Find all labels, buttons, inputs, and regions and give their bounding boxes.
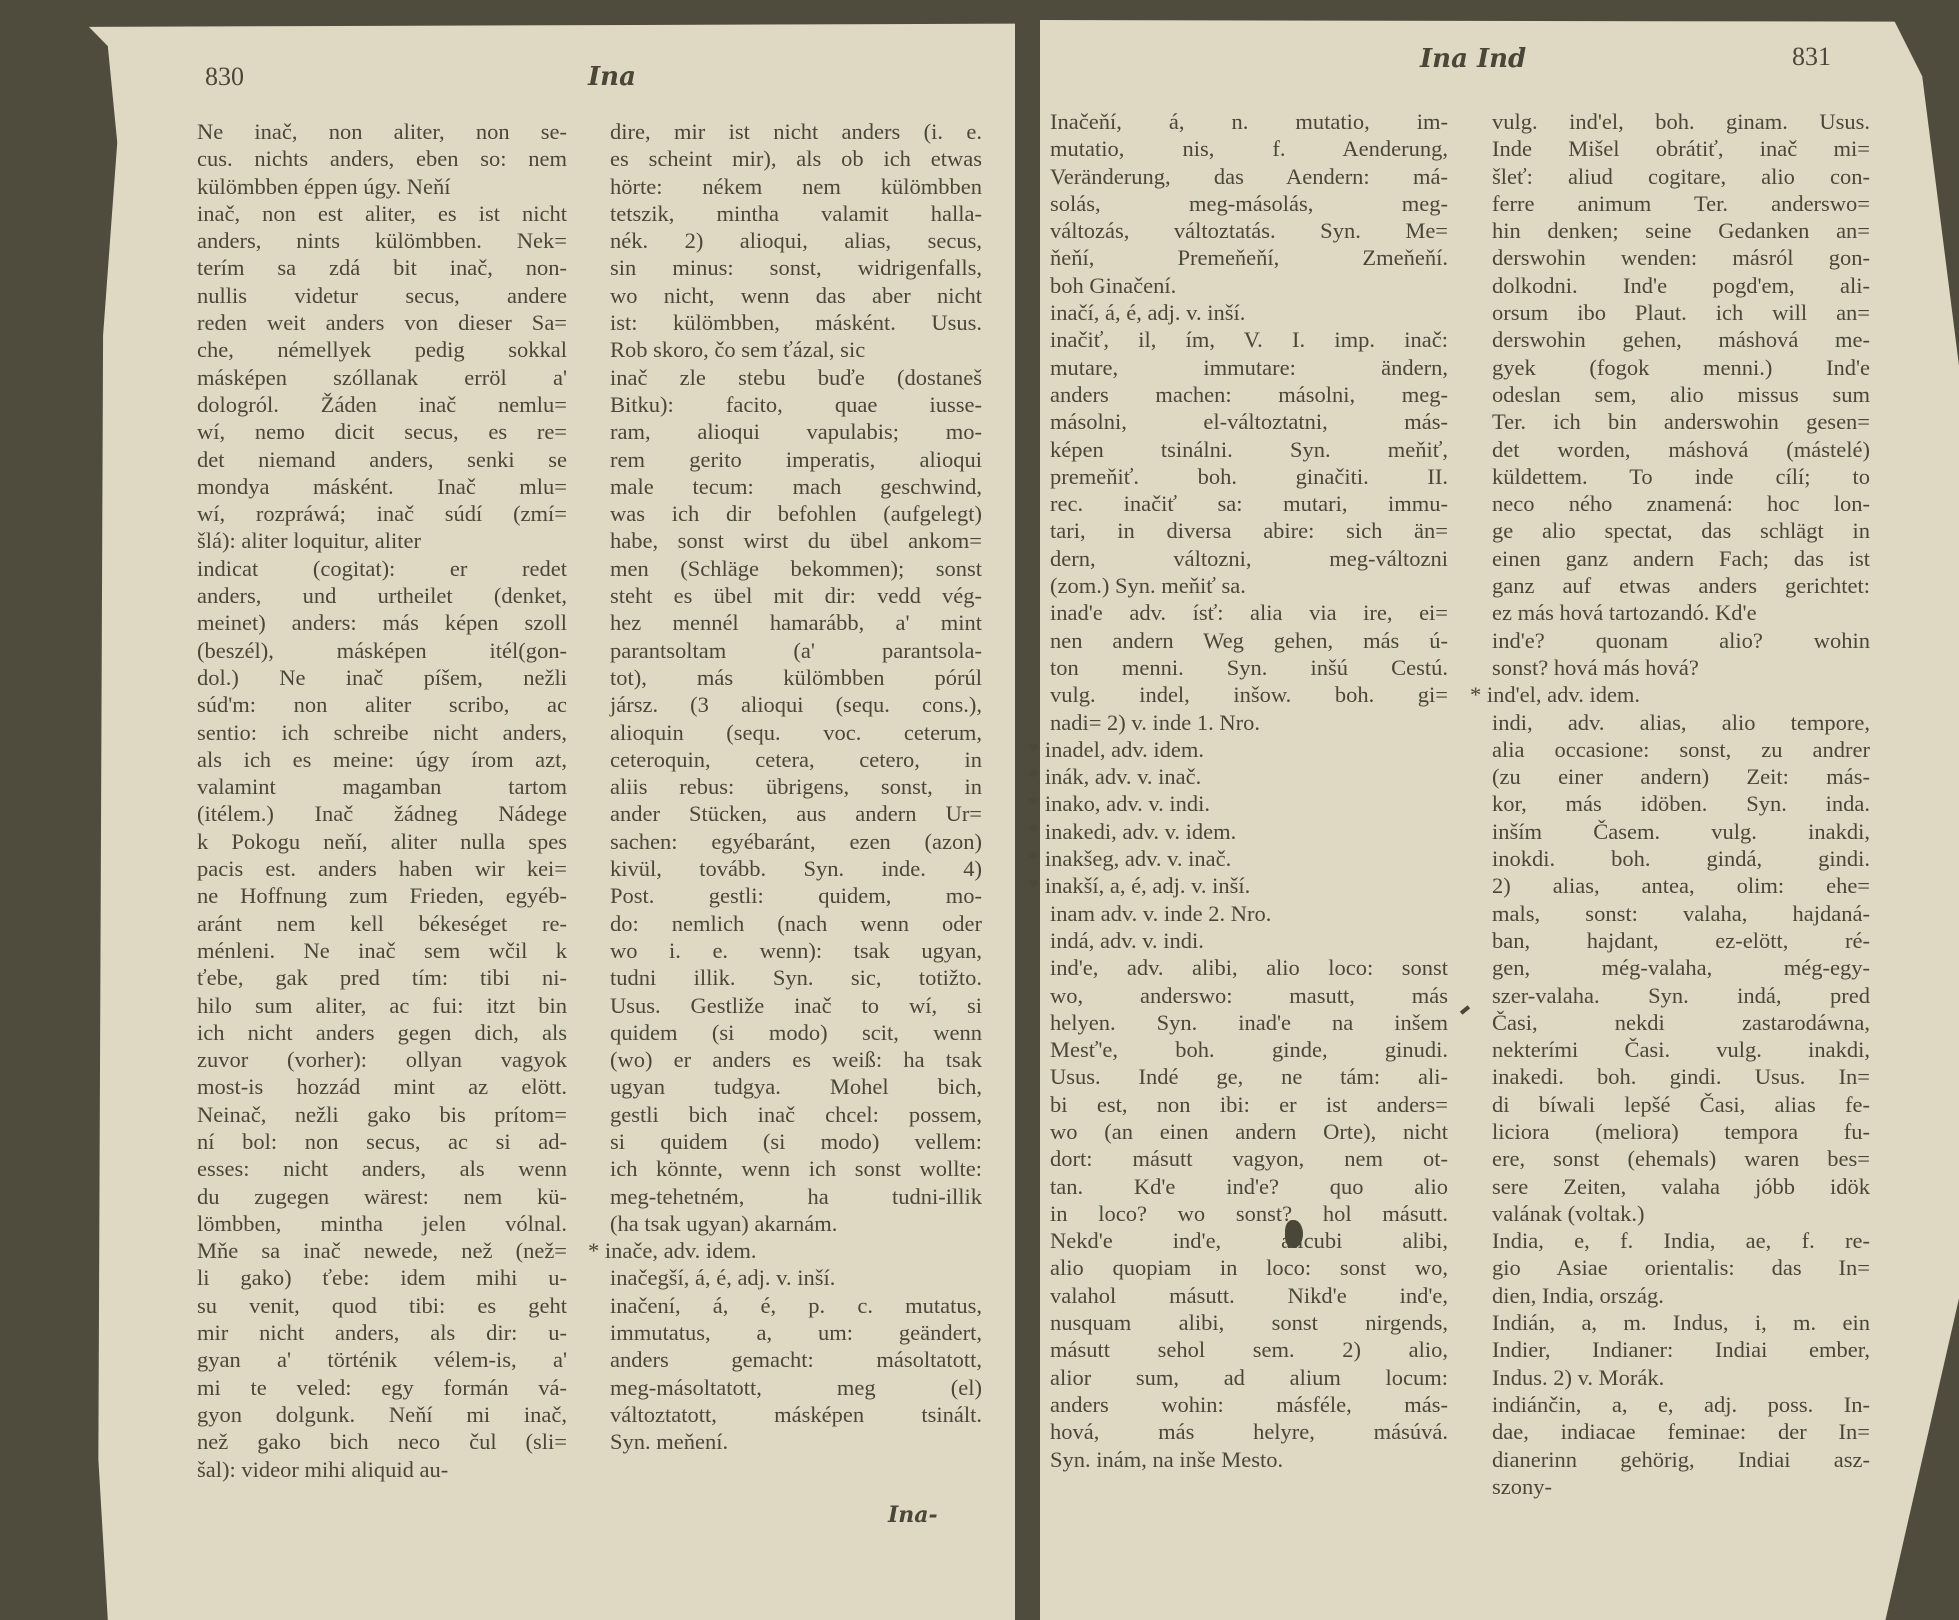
text-line: dae, indiacae feminae: der In=: [1492, 1418, 1870, 1445]
text-line: ind'e, adv. alibi, alio loco: sonst: [1050, 954, 1448, 981]
text-line: valahol másutt. Nikd'e ind'e,: [1050, 1282, 1448, 1309]
text-line: inším Časem. vulg. inakdi,: [1492, 818, 1870, 845]
text-line: sin minus: sonst, widrigenfalls,: [610, 254, 982, 281]
text-line: boh Ginačení.: [1050, 272, 1448, 299]
text-line: rem gerito imperatis, alioqui: [610, 446, 982, 473]
text-line: (ha tsak ugyan) akarnám.: [610, 1210, 982, 1237]
text-line: mondya másként. Inač mlu=: [197, 473, 567, 500]
text-line: šlá): aliter loquitur, aliter: [197, 527, 567, 554]
text-line: immutatus, a, um: geändert,: [610, 1319, 982, 1346]
text-line: sonst? hová más hová?: [1492, 654, 1870, 681]
text-line: ban, hajdant, ez-elött, ré-: [1492, 927, 1870, 954]
text-line: valamint magamban tartom: [197, 773, 567, 800]
text-line: változtatott, másképen tsinált.: [610, 1401, 982, 1428]
text-line: ton menni. Syn. inšú Cestú.: [1050, 654, 1448, 681]
text-line: dire, mir ist nicht anders (i. e.: [610, 118, 982, 145]
text-line: most-is hozzád mint az elött.: [197, 1073, 567, 1100]
text-line: inam adv. v. inde 2. Nro.: [1050, 900, 1448, 927]
text-line: Usus. Gestliže inač to wí, si: [610, 992, 982, 1019]
text-line: inad'e adv. ísť: alia via ire, ei=: [1050, 599, 1448, 626]
text-line: lömbben, mintha jelen vólnal.: [197, 1210, 567, 1237]
text-line: (itélem.) Inač žádneg Nádege: [197, 800, 567, 827]
text-line: mi te veled: egy formán vá-: [197, 1374, 567, 1401]
text-line: (beszél), másképen itél(gon-: [197, 637, 567, 664]
text-line: reden weit anders von dieser Sa=: [197, 309, 567, 336]
text-line: indi, adv. alias, alio tempore,: [1492, 709, 1870, 736]
page-number-left: 830: [205, 62, 244, 92]
text-line: Indus. 2) v. Morák.: [1492, 1364, 1870, 1391]
text-line: odeslan sem, alio missus sum: [1492, 381, 1870, 408]
text-line: hörte: nékem nem külömbben: [610, 173, 982, 200]
text-line: wo, anderswo: masutt, más: [1050, 982, 1448, 1009]
text-line: meg-másoltatott, meg (el): [610, 1374, 982, 1401]
text-line: ní bol: non secus, ac si ad-: [197, 1128, 567, 1155]
text-line: dern, változni, meg-változni: [1050, 545, 1448, 572]
text-line: nadi= 2) v. inde 1. Nro.: [1050, 709, 1448, 736]
text-line: es scheint mir), als ob ich etwas: [610, 145, 982, 172]
text-line: Mňe sa inač newede, než (než=: [197, 1237, 567, 1264]
text-line: anders machen: másolni, meg-: [1050, 381, 1448, 408]
text-line: inačegší, á, é, adj. v. inší.: [610, 1264, 982, 1291]
text-line: Rob skoro, čo sem ťázal, sic: [610, 336, 982, 363]
text-line: ňeňí, Premeňeňí, Zmeňeňí.: [1050, 244, 1448, 271]
text-line: (zom.) Syn. meňiť sa.: [1050, 572, 1448, 599]
text-line: gyek (fogok menni.) Ind'e: [1492, 354, 1870, 381]
text-line: wo (an einen andern Orte), nicht: [1050, 1118, 1448, 1145]
text-line: ge alio spectat, das schlägt in: [1492, 517, 1870, 544]
text-line: Nekd'e ind'e, alicubi alibi,: [1050, 1227, 1448, 1254]
text-line: inačení, á, é, p. c. mutatus,: [610, 1292, 982, 1319]
text-line: külömbben éppen úgy. Neňí: [197, 173, 567, 200]
text-line: tari, in diversa abire: sich än=: [1050, 517, 1448, 544]
text-line: Indier, Indianer: Indiai ember,: [1492, 1336, 1870, 1363]
text-line: ferre animum Ter. anderswo=: [1492, 190, 1870, 217]
text-line: dol.) Ne inač píšem, nežli: [197, 664, 567, 691]
text-line: meg-tehetném, ha tudni-illik: [610, 1183, 982, 1210]
text-line: * inakedi, adv. v. idem.: [1028, 818, 1448, 845]
text-line: * inako, adv. v. indi.: [1028, 790, 1448, 817]
text-line: másképen szóllanak erröl a': [197, 364, 567, 391]
text-line: * ind'el, adv. idem.: [1470, 681, 1870, 708]
text-line: dolkodni. Ind'e pogd'em, ali-: [1492, 272, 1870, 299]
text-line: inačiť, il, ím, V. I. imp. inač:: [1050, 326, 1448, 353]
text-line: gio Asiae orientalis: das In=: [1492, 1254, 1870, 1281]
text-line: 2) alias, antea, olim: ehe=: [1492, 872, 1870, 899]
text-line: gyan a' történik vélem-is, a': [197, 1346, 567, 1373]
text-line: ram, alioqui vapulabis; mo-: [610, 418, 982, 445]
text-line: ind'e? quonam alio? wohin: [1492, 627, 1870, 654]
text-line: do: nemlich (nach wenn oder: [610, 910, 982, 937]
text-line: mutatio, nis, f. Aenderung,: [1050, 135, 1448, 162]
text-line: anders, nints külömbben. Nek=: [197, 227, 567, 254]
text-line: inač zle stebu buďe (dostaneš: [610, 364, 982, 391]
text-line: * inakšeg, adv. v. inač.: [1028, 845, 1448, 872]
text-line: inokdi. boh. gindá, gindi.: [1492, 845, 1870, 872]
text-line: dort: másutt vagyon, nem ot-: [1050, 1145, 1448, 1172]
text-line: hin denken; seine Gedanken an=: [1492, 217, 1870, 244]
text-line: du zugegen wärest: nem kü-: [197, 1183, 567, 1210]
text-line: kivül, tovább. Syn. inde. 4): [610, 855, 982, 882]
text-line: kor, más idöben. Syn. inda.: [1492, 790, 1870, 817]
text-line: meinet) anders: más képen szoll: [197, 609, 567, 636]
text-line: mir nicht anders, als dir: u-: [197, 1319, 567, 1346]
text-line: * inadel, adv. idem.: [1028, 736, 1448, 763]
text-line: jársz. (3 alioqui (sequ. cons.),: [610, 691, 982, 718]
text-line: inač, non est aliter, es ist nicht: [197, 200, 567, 227]
text-line: indiánčin, a, e, adj. poss. In-: [1492, 1391, 1870, 1418]
text-line: küldettem. To inde cílí; to: [1492, 463, 1870, 490]
text-line: változás, változtatás. Syn. Me=: [1050, 217, 1448, 244]
text-line: aránt nem kell békeséget re-: [197, 910, 567, 937]
text-line: rec. inačiť sa: mutari, immu-: [1050, 490, 1448, 517]
text-line: wí, rozpráwá; inač súdí (zmí=: [197, 500, 567, 527]
text-line: alioquin (sequ. voc. ceterum,: [610, 719, 982, 746]
text-line: gestli bich inač chcel: possem,: [610, 1101, 982, 1128]
text-line: pacis est. anders haben wir kei=: [197, 855, 567, 882]
text-line: derswohin wenden: másról gon-: [1492, 244, 1870, 271]
text-line: male tecum: mach geschwind,: [610, 473, 982, 500]
text-line: di bíwali lepšé Časi, alias fe-: [1492, 1091, 1870, 1118]
page-number-right: 831: [1792, 42, 1831, 72]
text-line: šleť: aliud cogitare, alio con-: [1492, 163, 1870, 190]
text-line: Časi, nekdi zastarodáwna,: [1492, 1009, 1870, 1036]
text-line: másolni, el-változtatni, más-: [1050, 408, 1448, 435]
text-line: szer-valaha. Syn. indá, pred: [1492, 982, 1870, 1009]
text-line: vulg. indel, inšow. boh. gi=: [1050, 681, 1448, 708]
text-line: steht es übel mit dir: vedd vég-: [610, 582, 982, 609]
text-line: anders wohin: másféle, más-: [1050, 1391, 1448, 1418]
catchword: Ina-: [888, 1502, 938, 1528]
text-line: gen, még-valaha, még-egy-: [1492, 954, 1870, 981]
text-line: habe, sonst wirst du übel ankom=: [610, 527, 982, 554]
text-line: aliis rebus: übrigens, sonst, in: [610, 773, 982, 800]
text-line: indá, adv. v. indi.: [1050, 927, 1448, 954]
text-line: mals, sonst: valaha, hajdaná-: [1492, 900, 1870, 927]
text-line: Inačeňí, á, n. mutatio, im-: [1050, 108, 1448, 135]
text-line: ugyan tudgya. Mohel bich,: [610, 1073, 982, 1100]
text-line: solás, meg-másolás, meg-: [1050, 190, 1448, 217]
text-line: Post. gestli: quidem, mo-: [610, 882, 982, 909]
text-line: Inde Mišel obrátiť, inač mi=: [1492, 135, 1870, 162]
text-line: ťebe, gak pred tím: tibi ni-: [197, 964, 567, 991]
text-line: (wo) er anders es weiß: ha tsak: [610, 1046, 982, 1073]
text-line: India, e, f. India, ae, f. re-: [1492, 1227, 1870, 1254]
text-line: sentio: ich schreibe nicht anders,: [197, 719, 567, 746]
left-page-column-1: Ne inač, non aliter, non se-cus. nichts …: [197, 118, 567, 1483]
text-line: ich könnte, wenn ich sonst wollte:: [610, 1155, 982, 1182]
text-line: ere, sonst (ehemals) waren bes=: [1492, 1145, 1870, 1172]
text-line: dien, India, ország.: [1492, 1282, 1870, 1309]
text-line: wo nicht, wenn das aber nicht: [610, 282, 982, 309]
text-line: ménleni. Ne inač sem wčil k: [197, 937, 567, 964]
text-line: ne Hoffnung zum Frieden, egyéb-: [197, 882, 567, 909]
text-line: parantsoltam (a' parantsola-: [610, 637, 982, 664]
text-line: nusquam alibi, sonst nirgends,: [1050, 1309, 1448, 1336]
text-line: k Pokogu neňí, aliter nulla spes: [197, 828, 567, 855]
text-line: valának (voltak.): [1492, 1200, 1870, 1227]
text-line: inačí, á, é, adj. v. inší.: [1050, 299, 1448, 326]
text-line: bi est, non ibi: er ist anders=: [1050, 1091, 1448, 1118]
running-head-left: Ina: [588, 62, 636, 92]
text-line: tot), más külömbben pórúl: [610, 664, 982, 691]
text-line: che, némellyek pedig sokkal: [197, 336, 567, 363]
text-line: nék. 2) alioqui, alias, secus,: [610, 227, 982, 254]
text-line: ander Stücken, aus andern Ur=: [610, 800, 982, 827]
text-line: Veränderung, das Aendern: má-: [1050, 163, 1448, 190]
text-line: szony-: [1492, 1473, 1870, 1500]
text-line: * inák, adv. v. inač.: [1028, 763, 1448, 790]
text-line: als ich es meine: úgy írom azt,: [197, 746, 567, 773]
text-line: (zu einer andern) Zeit: más-: [1492, 763, 1870, 790]
text-line: Usus. Indé ge, ne tám: ali-: [1050, 1063, 1448, 1090]
text-line: alio quopiam in loco: sonst wo,: [1050, 1254, 1448, 1281]
right-page-column-1: Inačeňí, á, n. mutatio, im-mutatio, nis,…: [1050, 108, 1448, 1473]
text-line: tan. Kd'e ind'e? quo alio: [1050, 1173, 1448, 1200]
text-line: hez mennél hamarább, a' mint: [610, 609, 982, 636]
text-line: Mesť'e, boh. ginde, ginudi.: [1050, 1036, 1448, 1063]
text-line: anders, und urtheilet (denket,: [197, 582, 567, 609]
left-page-column-2: dire, mir ist nicht anders (i. e.es sche…: [610, 118, 982, 1456]
text-line: nullis videtur secus, andere: [197, 282, 567, 309]
text-line: ez más hová tartozandó. Kd'e: [1492, 599, 1870, 626]
text-line: Syn. meňení.: [610, 1428, 982, 1455]
text-line: Ter. ich bin anderswohin gesen=: [1492, 408, 1870, 435]
right-page-column-2: vulg. ind'el, boh. ginam. Usus.Inde Miše…: [1492, 108, 1870, 1500]
text-line: súd'm: non aliter scribo, ac: [197, 691, 567, 718]
text-line: sachen: egyébaránt, ezen (azon): [610, 828, 982, 855]
text-line: ceteroquin, cetera, cetero, in: [610, 746, 982, 773]
running-head-right: Ina Ind: [1420, 44, 1526, 74]
text-line: einen ganz andern Fach; das ist: [1492, 545, 1870, 572]
text-line: tetszik, mintha valamit halla-: [610, 200, 982, 227]
text-line: Ne inač, non aliter, non se-: [197, 118, 567, 145]
text-line: anders gemacht: másoltatott,: [610, 1346, 982, 1373]
text-line: mutare, immutare: ändern,: [1050, 354, 1448, 381]
text-line: premeňiť. boh. ginačiti. II.: [1050, 463, 1448, 490]
text-line: liciora (meliora) tempora fu-: [1492, 1118, 1870, 1145]
text-line: sere Zeiten, valaha jóbb idök: [1492, 1173, 1870, 1200]
text-line: dologról. Žáden inač nemlu=: [197, 391, 567, 418]
text-line: zuvor (vorher): ollyan vagyok: [197, 1046, 567, 1073]
text-line: wo i. e. wenn): tsak ugyan,: [610, 937, 982, 964]
text-line: vulg. ind'el, boh. ginam. Usus.: [1492, 108, 1870, 135]
text-line: cus. nichts anders, eben so: nem: [197, 145, 567, 172]
text-line: hilo sum aliter, ac fui: itzt bin: [197, 992, 567, 1019]
text-line: Neinač, nežli gako bis prítom=: [197, 1101, 567, 1128]
text-line: su venit, quod tibi: es geht: [197, 1292, 567, 1319]
text-line: * inače, adv. idem.: [588, 1237, 982, 1264]
text-line: terím sa zdá bit inač, non-: [197, 254, 567, 281]
text-line: men (Schläge bekommen); sonst: [610, 555, 982, 582]
text-line: inakedi. boh. gindi. Usus. In=: [1492, 1063, 1870, 1090]
text-line: Bitku): facito, quae iusse-: [610, 391, 982, 418]
text-line: det worden, máshová (mástelé): [1492, 436, 1870, 463]
text-line: ich nicht anders gegen dich, als: [197, 1019, 567, 1046]
text-line: in loco? wo sonst? hol másutt.: [1050, 1200, 1448, 1227]
text-line: derswohin gehen, máshová me-: [1492, 326, 1870, 353]
text-line: nen andern Weg gehen, más ú-: [1050, 627, 1448, 654]
text-line: Indián, a, m. Indus, i, m. ein: [1492, 1309, 1870, 1336]
text-line: orsum ibo Plaut. ich will an=: [1492, 299, 1870, 326]
ink-blot: [1285, 1220, 1303, 1248]
text-line: esses: nicht anders, als wenn: [197, 1155, 567, 1182]
text-line: indicat (cogitat): er redet: [197, 555, 567, 582]
text-line: si quidem (si modo) vellem:: [610, 1128, 982, 1155]
text-line: képen tsinálni. Syn. meňiť,: [1050, 436, 1448, 463]
text-line: šal): videor mihi aliquid au-: [197, 1456, 567, 1483]
text-line: was ich dir befohlen (aufgelegt): [610, 500, 982, 527]
text-line: dianerinn gehörig, Indiai asz-: [1492, 1446, 1870, 1473]
text-line: alior sum, ad alium locum:: [1050, 1364, 1448, 1391]
text-line: alia occasione: sonst, zu andrer: [1492, 736, 1870, 763]
text-line: neco ného znamená: hoc lon-: [1492, 490, 1870, 517]
text-line: * inakší, a, é, adj. v. inší.: [1028, 872, 1448, 899]
text-line: helyen. Syn. inad'e na inšem: [1050, 1009, 1448, 1036]
text-line: li gako) ťebe: idem mihi u-: [197, 1264, 567, 1291]
text-line: než gako bich neco čul (sli=: [197, 1428, 567, 1455]
text-line: ganz auf etwas anders gerichtet:: [1492, 572, 1870, 599]
text-line: tudni illik. Syn. sic, totižto.: [610, 964, 982, 991]
text-line: másutt sehol sem. 2) alio,: [1050, 1336, 1448, 1363]
text-line: hová, más helyre, másúvá.: [1050, 1418, 1448, 1445]
text-line: Syn. inám, na inše Mesto.: [1050, 1446, 1448, 1473]
text-line: nekterími Časi. vulg. inakdi,: [1492, 1036, 1870, 1063]
text-line: ist: külömbben, másként. Usus.: [610, 309, 982, 336]
text-line: gyon dolgunk. Neňí mi inač,: [197, 1401, 567, 1428]
text-line: wí, nemo dicit secus, es re=: [197, 418, 567, 445]
text-line: quidem (si modo) scit, wenn: [610, 1019, 982, 1046]
text-line: det niemand anders, senki se: [197, 446, 567, 473]
